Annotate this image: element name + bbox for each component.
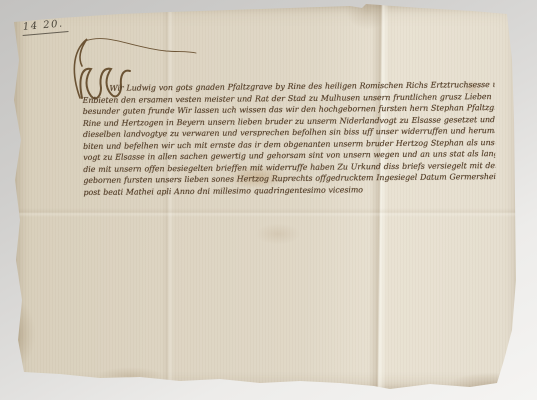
archival-date-mark: 14 20. — [21, 18, 68, 36]
photo-backdrop: 14 20. Wir Ludwig von gots gnaden Pfaltz… — [0, 0, 537, 400]
fold-crease-horizontal — [10, 208, 522, 217]
fold-crease-main — [368, 4, 390, 394]
parchment-document: 14 20. Wir Ludwig von gots gnaden Pfaltz… — [10, 4, 522, 394]
manuscript-text-block: Wir Ludwig von gots gnaden Pfaltzgrave b… — [82, 79, 495, 198]
